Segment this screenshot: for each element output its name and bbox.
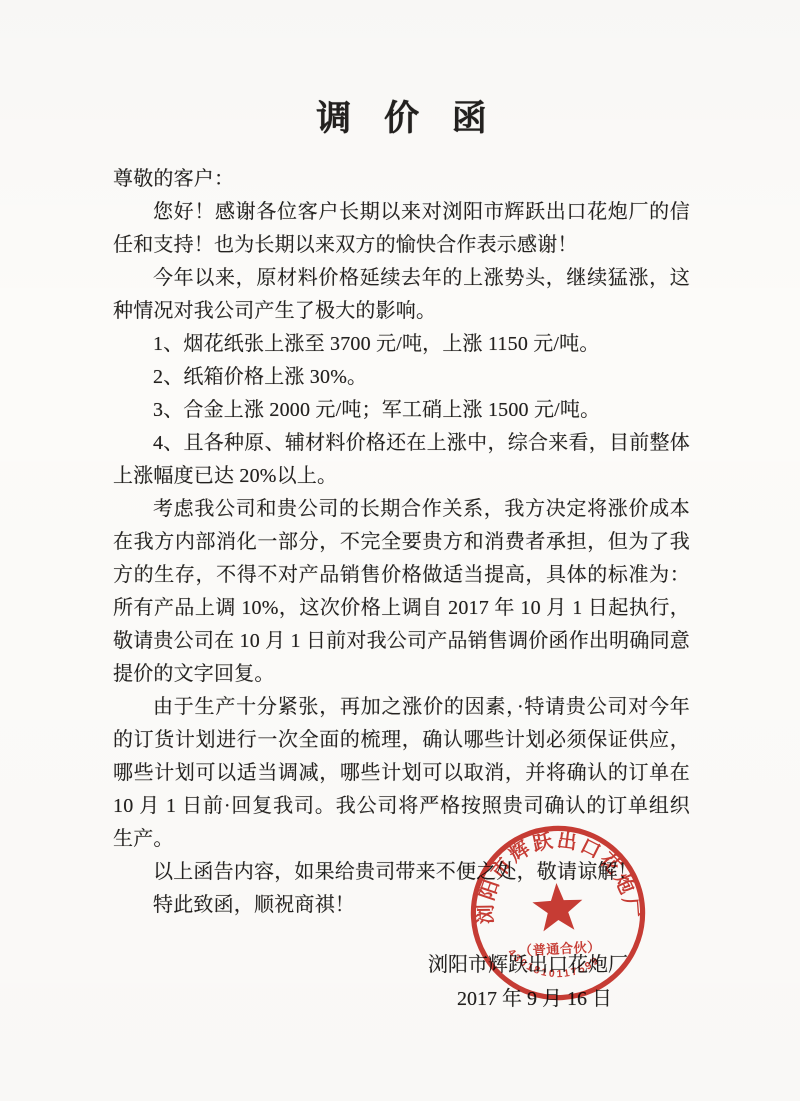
- letter-title: 调 价 函: [125, 98, 690, 140]
- letter-body: 尊敬的客户： 您好！感谢各位客户长期以来对浏阳市辉跃出口花炮厂的信任和支持！也为…: [113, 163, 690, 922]
- letter-paragraph-item-2: 2、纸箱价格上涨 30%。: [113, 361, 690, 394]
- letter-paragraph-item-1: 1、烟花纸张上涨至 3700 元/吨，上涨 1150 元/吨。: [113, 328, 690, 361]
- letter-paragraph: 由于生产十分紧张，再加之涨价的因素，·特请贵公司对今年的订货计划进行一次全面的梳…: [113, 691, 690, 856]
- letter-paragraph-item-4: 4、且各种原、辅材料价格还在上涨中，综合来看，目前整体上涨幅度已达 20%以上。: [113, 427, 690, 493]
- signature-company: 浏阳市辉跃出口花炮厂: [113, 948, 690, 982]
- letter-paragraph: 特此致函，顺祝商祺！: [113, 889, 690, 922]
- letter-paragraph: 考虑我公司和贵公司的长期合作关系，我方决定将涨价成本在我方内部消化一部分，不完全…: [113, 493, 690, 691]
- letter-paragraph-item-3: 3、合金上涨 2000 元/吨；军工硝上涨 1500 元/吨。: [113, 394, 690, 427]
- salutation: 尊敬的客户：: [113, 163, 690, 196]
- letter-paragraph: 您好！感谢各位客户长期以来对浏阳市辉跃出口花炮厂的信任和支持！也为长期以来双方的…: [113, 196, 690, 262]
- letter-paragraph: 以上函告内容，如果给贵司带来不便之处，敬请谅解！: [113, 856, 690, 889]
- signature-block: 浏阳市辉跃出口花炮厂 2017 年 9 月 16 日: [113, 948, 690, 1016]
- scanned-letter-page: 调 价 函 尊敬的客户： 您好！感谢各位客户长期以来对浏阳市辉跃出口花炮厂的信任…: [0, 0, 800, 1101]
- signature-date: 2017 年 9 月 16 日: [113, 982, 690, 1016]
- letter-paragraph: 今年以来，原材料价格延续去年的上涨势头，继续猛涨，这种情况对我公司产生了极大的影…: [113, 262, 690, 328]
